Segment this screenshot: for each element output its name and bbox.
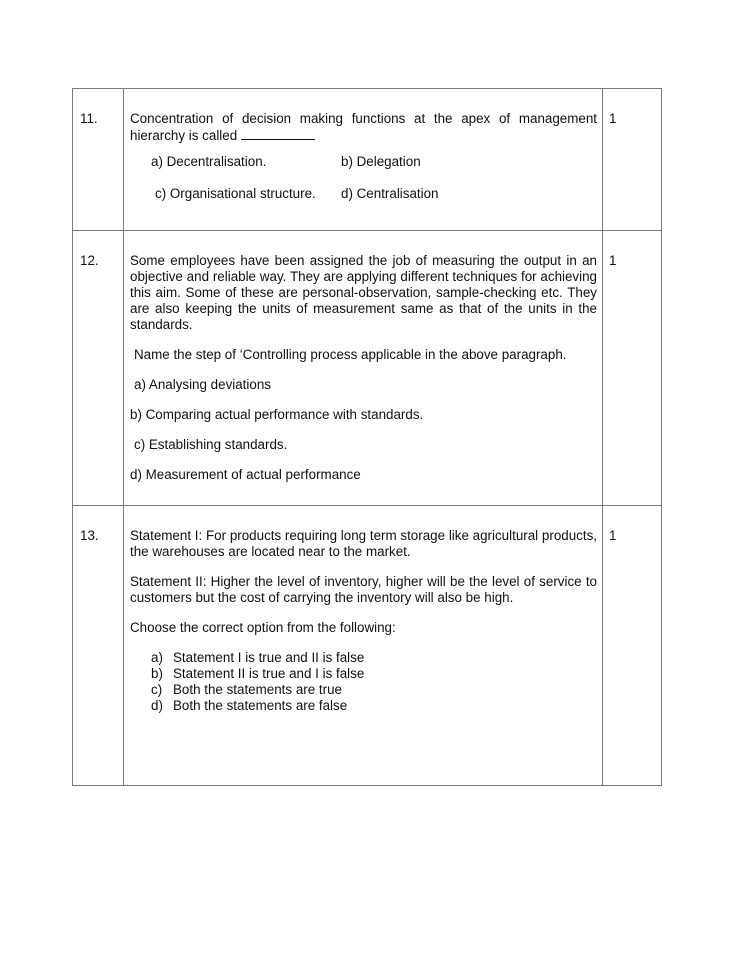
option-a: a) Decentralisation.	[151, 154, 341, 170]
option-b: b)Statement II is true and I is false	[151, 666, 597, 682]
questions-table: 11. Concentration of decision making fun…	[72, 88, 662, 786]
question-row-13: 13. Statement I: For products requiring …	[73, 506, 662, 786]
answer-blank	[241, 127, 315, 140]
question-marks: 1	[603, 506, 661, 544]
option-d: d) Centralisation	[341, 186, 491, 202]
question-prompt: Choose the correct option from the follo…	[130, 620, 597, 636]
question-prompt: Name the step of ‘Controlling process ap…	[134, 347, 597, 363]
option-a: a) Analysing deviations	[134, 377, 597, 393]
options-grid: a) Decentralisation. b) Delegation	[151, 154, 597, 170]
question-stem: Some employees have been assigned the jo…	[130, 253, 597, 333]
options-list: a)Statement I is true and II is false b)…	[151, 650, 597, 714]
option-c: c) Establishing standards.	[134, 437, 597, 453]
option-b: b) Comparing actual performance with sta…	[130, 407, 597, 423]
option-d: d) Measurement of actual performance	[130, 467, 597, 483]
option-b: b) Delegation	[341, 154, 491, 170]
statement-2: Statement II: Higher the level of invent…	[130, 574, 597, 606]
question-number: 11.	[73, 89, 123, 127]
question-marks: 1	[603, 89, 661, 127]
question-number: 13.	[73, 506, 123, 544]
option-d: d)Both the statements are false	[151, 698, 597, 714]
question-number: 12.	[73, 231, 123, 269]
options-grid-2: c) Organisational structure. d) Centrali…	[155, 186, 597, 202]
question-row-11: 11. Concentration of decision making fun…	[73, 89, 662, 231]
question-row-12: 12. Some employees have been assigned th…	[73, 231, 662, 506]
question-stem: Concentration of decision making functio…	[130, 111, 597, 144]
question-marks: 1	[603, 231, 661, 269]
statement-1: Statement I: For products requiring long…	[130, 528, 597, 560]
option-a: a)Statement I is true and II is false	[151, 650, 597, 666]
option-c: c) Organisational structure.	[155, 186, 341, 202]
option-c: c)Both the statements are true	[151, 682, 597, 698]
